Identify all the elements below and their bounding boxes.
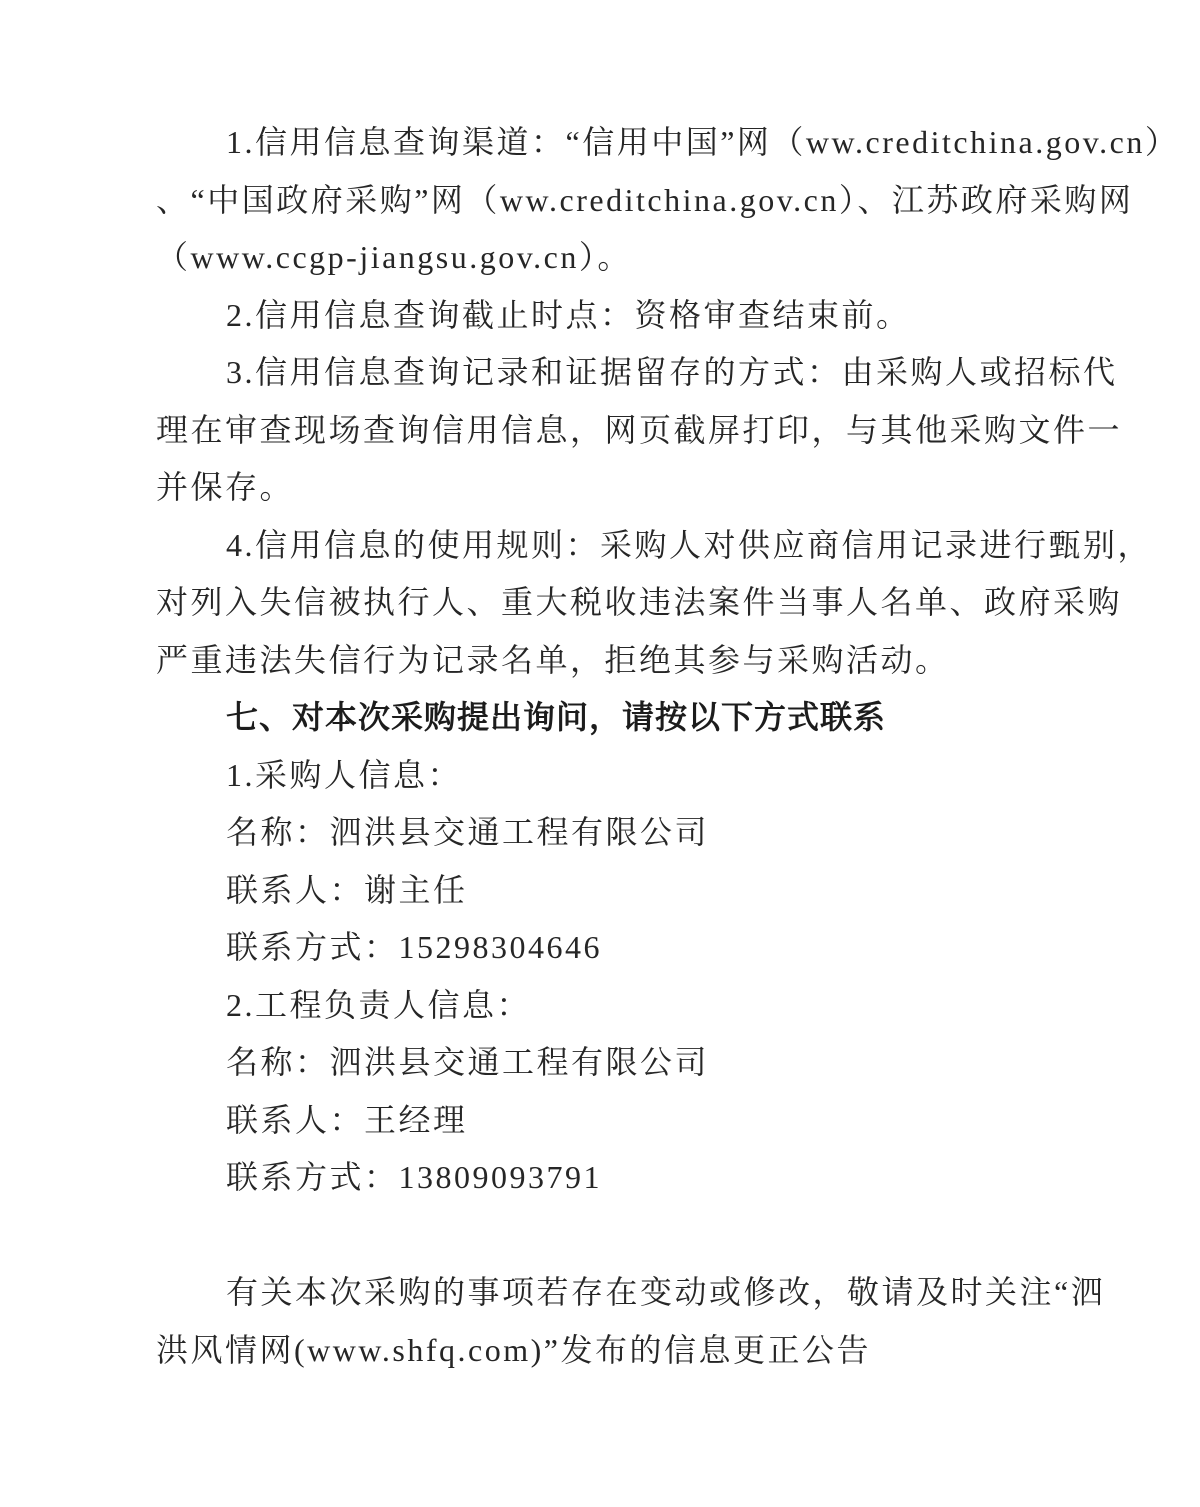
project-manager-contact-method: 联系方式：13809093791 xyxy=(156,1149,1116,1207)
blank-line xyxy=(156,1207,1116,1265)
purchaser-contact-method: 联系方式：15298304646 xyxy=(156,919,1116,977)
purchaser-contact-person: 联系人：谢主任 xyxy=(156,862,1116,920)
project-manager-name: 名称：泗洪县交通工程有限公司 xyxy=(156,1034,1116,1092)
purchaser-title: 1.采购人信息： xyxy=(156,747,1116,805)
credit-channels-line-3: （www.ccgp-jiangsu.gov.cn）。 xyxy=(156,229,1116,287)
credit-record-line-2: 理在审查现场查询信用信息，网页截屏打印，与其他采购文件一 xyxy=(156,402,1116,460)
notice-line-2: 洪风情网(www.shfq.com)”发布的信息更正公告 xyxy=(156,1322,1116,1380)
purchaser-name: 名称：泗洪县交通工程有限公司 xyxy=(156,804,1116,862)
credit-usage-line-1: 4.信用信息的使用规则：采购人对供应商信用记录进行甄别， xyxy=(156,517,1116,575)
credit-usage-line-2: 对列入失信被执行人、重大税收违法案件当事人名单、政府采购 xyxy=(156,574,1116,632)
credit-usage-line-3: 严重违法失信行为记录名单，拒绝其参与采购活动。 xyxy=(156,632,1116,690)
credit-deadline-line: 2.信用信息查询截止时点：资格审查结束前。 xyxy=(156,287,1116,345)
credit-record-line-1: 3.信用信息查询记录和证据留存的方式：由采购人或招标代 xyxy=(156,344,1116,402)
document-page: 1.信用信息查询渠道：“信用中国”网（ww.creditchina.gov.cn… xyxy=(0,0,1200,1507)
notice-line-1: 有关本次采购的事项若存在变动或修改，敬请及时关注“泗 xyxy=(156,1264,1116,1322)
contact-section-heading: 七、对本次采购提出询问，请按以下方式联系 xyxy=(156,689,1116,747)
credit-channels-line-2: 、“中国政府采购”网（ww.creditchina.gov.cn）、江苏政府采购… xyxy=(156,172,1116,230)
project-manager-title: 2.工程负责人信息： xyxy=(156,977,1116,1035)
project-manager-contact-person: 联系人：王经理 xyxy=(156,1092,1116,1150)
document-body: 1.信用信息查询渠道：“信用中国”网（ww.creditchina.gov.cn… xyxy=(156,114,1116,1379)
credit-channels-line-1: 1.信用信息查询渠道：“信用中国”网（ww.creditchina.gov.cn… xyxy=(156,114,1116,172)
credit-record-line-3: 并保存。 xyxy=(156,459,1116,517)
